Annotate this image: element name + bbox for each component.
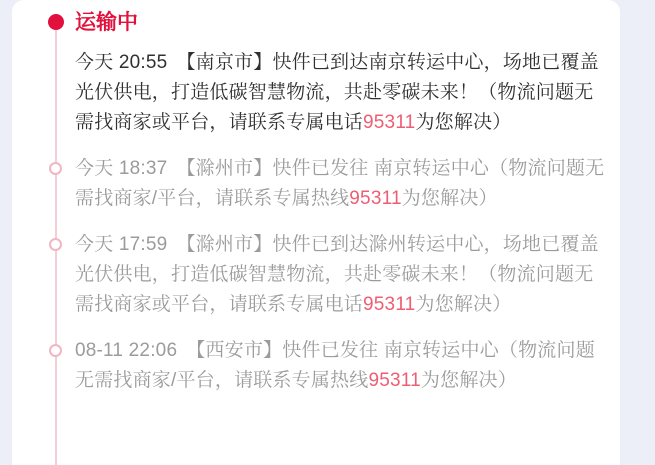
entry-time: 今天 20:55 bbox=[75, 52, 167, 73]
timeline-content: 运输中 今天 20:55【南京市】快件已到达南京转运中心，场地已覆盖光伏供电，打… bbox=[12, 0, 620, 396]
entry-text: 今天 18:37【滁州市】快件已发往 南京转运中心（物流问题无需找商家/平台，请… bbox=[75, 154, 612, 214]
timeline-entry: 今天 17:59【滁州市】快件已到达滁州转运中心，场地已覆盖光伏供电，打造低碳智… bbox=[75, 230, 612, 320]
shipment-tracking-card: 运输中 今天 20:55【南京市】快件已到达南京转运中心，场地已覆盖光伏供电，打… bbox=[12, 0, 620, 465]
entry-text-post: 为您解决） bbox=[402, 188, 498, 209]
status-title: 运输中 bbox=[75, 11, 138, 34]
entry-time: 今天 18:37 bbox=[75, 158, 167, 179]
phone-number[interactable]: 95311 bbox=[349, 188, 401, 209]
entry-text: 今天 20:55【南京市】快件已到达南京转运中心，场地已覆盖光伏供电，打造低碳智… bbox=[75, 48, 612, 138]
entry-text-post: 为您解决） bbox=[415, 294, 511, 315]
phone-number[interactable]: 95311 bbox=[368, 370, 420, 391]
entry-text-post: 为您解决） bbox=[415, 112, 511, 133]
timeline-node-icon bbox=[49, 344, 62, 357]
entry-text-post: 为您解决） bbox=[421, 370, 517, 391]
entry-text: 今天 17:59【滁州市】快件已到达滁州转运中心，场地已覆盖光伏供电，打造低碳智… bbox=[75, 230, 612, 320]
entry-time: 08-11 22:06 bbox=[75, 340, 177, 361]
timeline-node-icon bbox=[49, 162, 62, 175]
phone-number[interactable]: 95311 bbox=[363, 112, 415, 133]
entry-time: 今天 17:59 bbox=[75, 234, 167, 255]
timeline-entry: 今天 20:55【南京市】快件已到达南京转运中心，场地已覆盖光伏供电，打造低碳智… bbox=[75, 48, 612, 138]
page-background: { "colors": { "accent_red": "#e1103c", "… bbox=[0, 0, 655, 465]
timeline-entry: 08-11 22:06【西安市】快件已发往 南京转运中心（物流问题无需找商家/平… bbox=[75, 336, 612, 396]
timeline-node-icon bbox=[49, 238, 62, 251]
entry-text: 08-11 22:06【西安市】快件已发往 南京转运中心（物流问题无需找商家/平… bbox=[75, 336, 612, 396]
timeline-entry: 今天 18:37【滁州市】快件已发往 南京转运中心（物流问题无需找商家/平台，请… bbox=[75, 154, 612, 214]
status-header: 运输中 bbox=[75, 10, 612, 36]
timeline-entries: 今天 20:55【南京市】快件已到达南京转运中心，场地已覆盖光伏供电，打造低碳智… bbox=[75, 48, 612, 396]
phone-number[interactable]: 95311 bbox=[363, 294, 415, 315]
